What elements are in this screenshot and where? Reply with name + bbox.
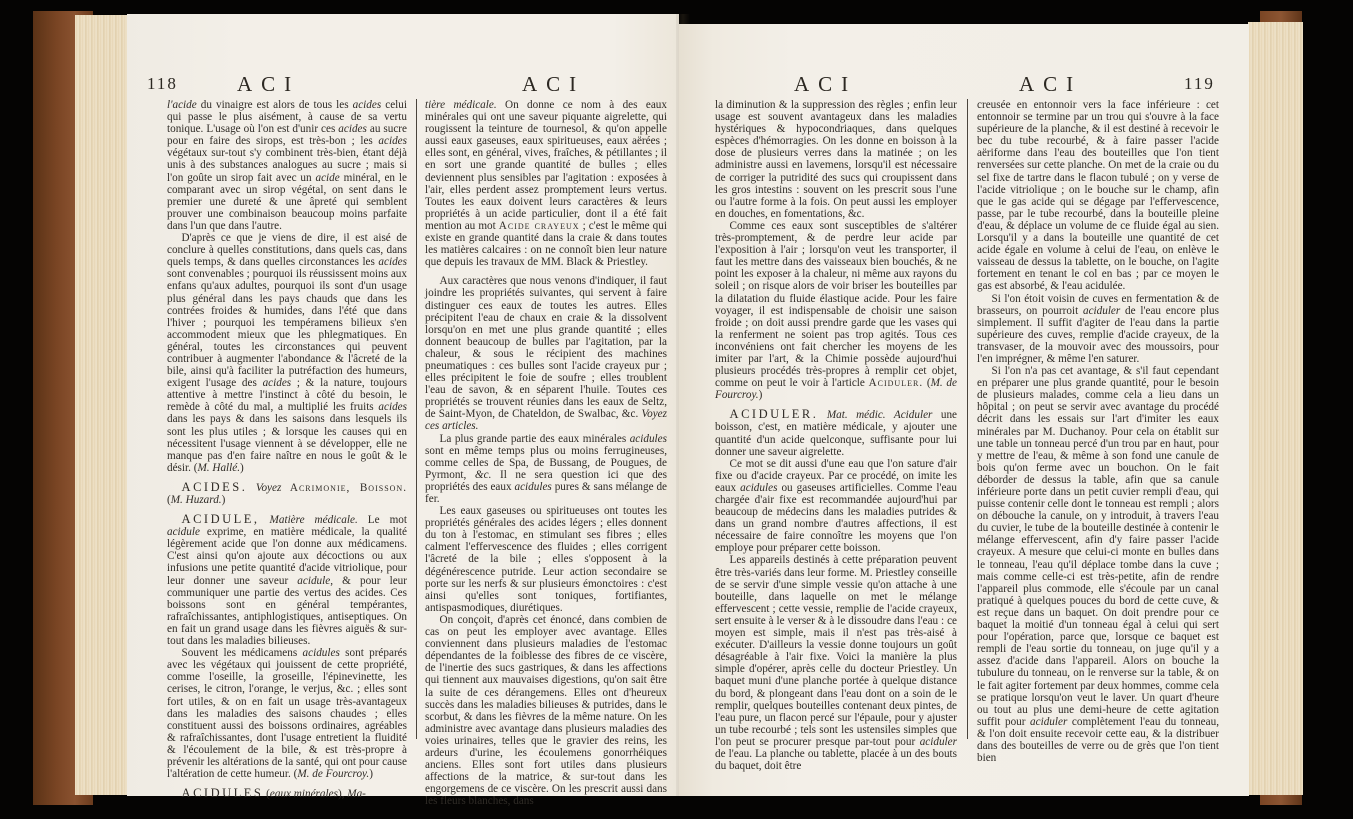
body-text: La plus grande partie des eaux minérales [440,433,630,445]
italic-text: acides [378,135,407,147]
body-text: On conçoit, d'après cet énoncé, dans com… [425,614,667,807]
body-text: de l'eau. La planche ou tablette, placée… [715,748,957,772]
body-text: Les appareils destinés à cette préparati… [715,554,957,747]
italic-text: l'acide [167,99,197,111]
italic-text: acides [338,123,367,135]
body-text: D'après ce que je viens de dire, il est … [167,232,407,268]
italic-text: M. Hallé. [197,462,240,474]
paragraph: creusée en entonnoir vers la face inféri… [977,99,1219,293]
column-rule [967,99,968,739]
italic-text: acides [263,377,292,389]
running-head-left-col: ACI [794,72,857,97]
body-text: On donne ce nom à des eaux minérales qui… [425,99,667,232]
italic-text: acidules [740,482,777,494]
italic-text: Voyez [256,482,281,494]
italic-text: Matière médicale. [270,514,358,526]
italic-text: acidules [303,647,340,659]
body-text: la diminution & la suppression des règle… [715,99,957,220]
italic-text: aciduler [920,736,957,748]
body-text: Aux caractères que nous venons d'indique… [425,275,667,420]
body-text [247,482,256,494]
italic-text: Ma- [347,788,366,800]
paragraph: Si l'on n'a pas cet avantage, & s'il fau… [977,365,1219,764]
paragraph: On conçoit, d'après cet énoncé, dans com… [425,614,667,808]
page-edges-left [75,15,127,795]
body-text: du vinaigre est alors de tous les [197,99,353,111]
body-text: Comme ces eaux sont susceptibles de s'al… [715,220,957,389]
left-page: 118 ACI ACI l'acide du vinaigre est alor… [127,14,679,796]
body-text: ( [923,377,930,389]
paragraph: D'après ce que je viens de dire, il est … [167,232,407,474]
paragraph: Aux caractères que nous venons d'indique… [425,275,667,432]
paragraph: Comme ces eaux sont susceptibles de s'al… [715,220,957,401]
body-text: ), [338,788,347,800]
paragraph: ACIDULE, Matière médicale. Le mot acidul… [167,513,407,647]
italic-text: acidule [167,526,200,538]
paragraph: Les appareils destinés à cette préparati… [715,554,957,772]
entry-headword: ACIDES. [182,480,248,494]
column-left: l'acide du vinaigre est alors de tous le… [167,99,407,800]
paragraph: la diminution & la suppression des règle… [715,99,957,220]
running-head-left-col: ACI [237,72,300,97]
paragraph: tière médicale. On donne ce nom à des ea… [425,99,667,268]
body-text: ) [222,494,226,506]
italic-text: eaux minérales [270,788,338,800]
paragraph: La plus grande partie des eaux minérales… [425,433,667,506]
running-head-right-col: ACI [522,72,585,97]
right-page: ACI ACI 119 la diminution & la suppressi… [679,24,1249,796]
body-text: sont convenables ; pourquoi ils réussiss… [167,268,407,389]
entry-headword: ACIDULE, [182,512,260,526]
page-edges-right [1248,22,1303,795]
italic-text: acidules [630,433,667,445]
paragraph: ACIDES. Voyez Acrimonie, Boisson. (M. Hu… [167,481,407,506]
body-text [818,409,826,421]
body-text [260,514,270,526]
paragraph: Si l'on étoit voisin de cuves en ferment… [977,293,1219,366]
body-text: ) [369,768,373,780]
small-caps-text: Aciduler. [869,377,924,389]
page-number: 118 [147,74,178,94]
italic-text: acides [353,99,382,111]
column-left: la diminution & la suppression des règle… [715,99,957,772]
paragraph: ACIDULES (eaux minérales), Ma- [167,787,407,800]
body-text: Souvent les médicamens [182,647,303,659]
italic-text: M. de Fourcroy. [297,768,369,780]
body-text: creusée en entonnoir vers la face inféri… [977,99,1219,292]
italic-text: acidule [297,575,330,587]
entry-headword: ACIDULER. [730,407,819,421]
italic-text: tière médicale. [425,99,497,111]
small-caps-text: Acrimonie, Boisson. [290,482,407,494]
paragraph: Souvent les médicamens acidules sont pré… [167,647,407,780]
paragraph: Les eaux gaseuses ou spiritueuses ont to… [425,505,667,614]
paragraph: l'acide du vinaigre est alors de tous le… [167,99,407,232]
small-caps-text: Acide crayeux [499,220,580,232]
column-right: tière médicale. On donne ce nom à des ea… [425,99,667,807]
italic-text: Mat. médic. Aciduler [827,409,933,421]
body-text: ) [240,462,244,474]
italic-text: aciduler [1030,716,1067,728]
italic-text: acides [378,401,407,413]
body-text: ) [759,389,763,401]
italic-text: acide [316,172,340,184]
body-text: Le mot [358,514,407,526]
paragraph: ACIDULER. Mat. médic. Aciduler une boiss… [715,408,957,457]
column-rule [416,99,417,739]
body-text: Si l'on n'a pas cet avantage, & s'il fau… [977,365,1219,728]
page-number: 119 [1184,74,1215,94]
body-text: Les eaux gaseuses ou spiritueuses ont to… [425,505,667,614]
body-text [281,482,290,494]
paragraph: Ce mot se dit aussi d'une eau que l'on s… [715,458,957,555]
italic-text: aciduler [1083,305,1120,317]
italic-text: acides [378,256,407,268]
italic-text: &c. [475,469,491,481]
italic-text: M. Huzard. [171,494,222,506]
entry-headword: ACIDULES [182,786,264,800]
italic-text: acidules [515,481,552,493]
running-head-right-col: ACI [1019,72,1082,97]
body-text: sont préparés avec les végétaux qui joui… [167,647,407,780]
column-right: creusée en entonnoir vers la face inféri… [977,99,1219,764]
